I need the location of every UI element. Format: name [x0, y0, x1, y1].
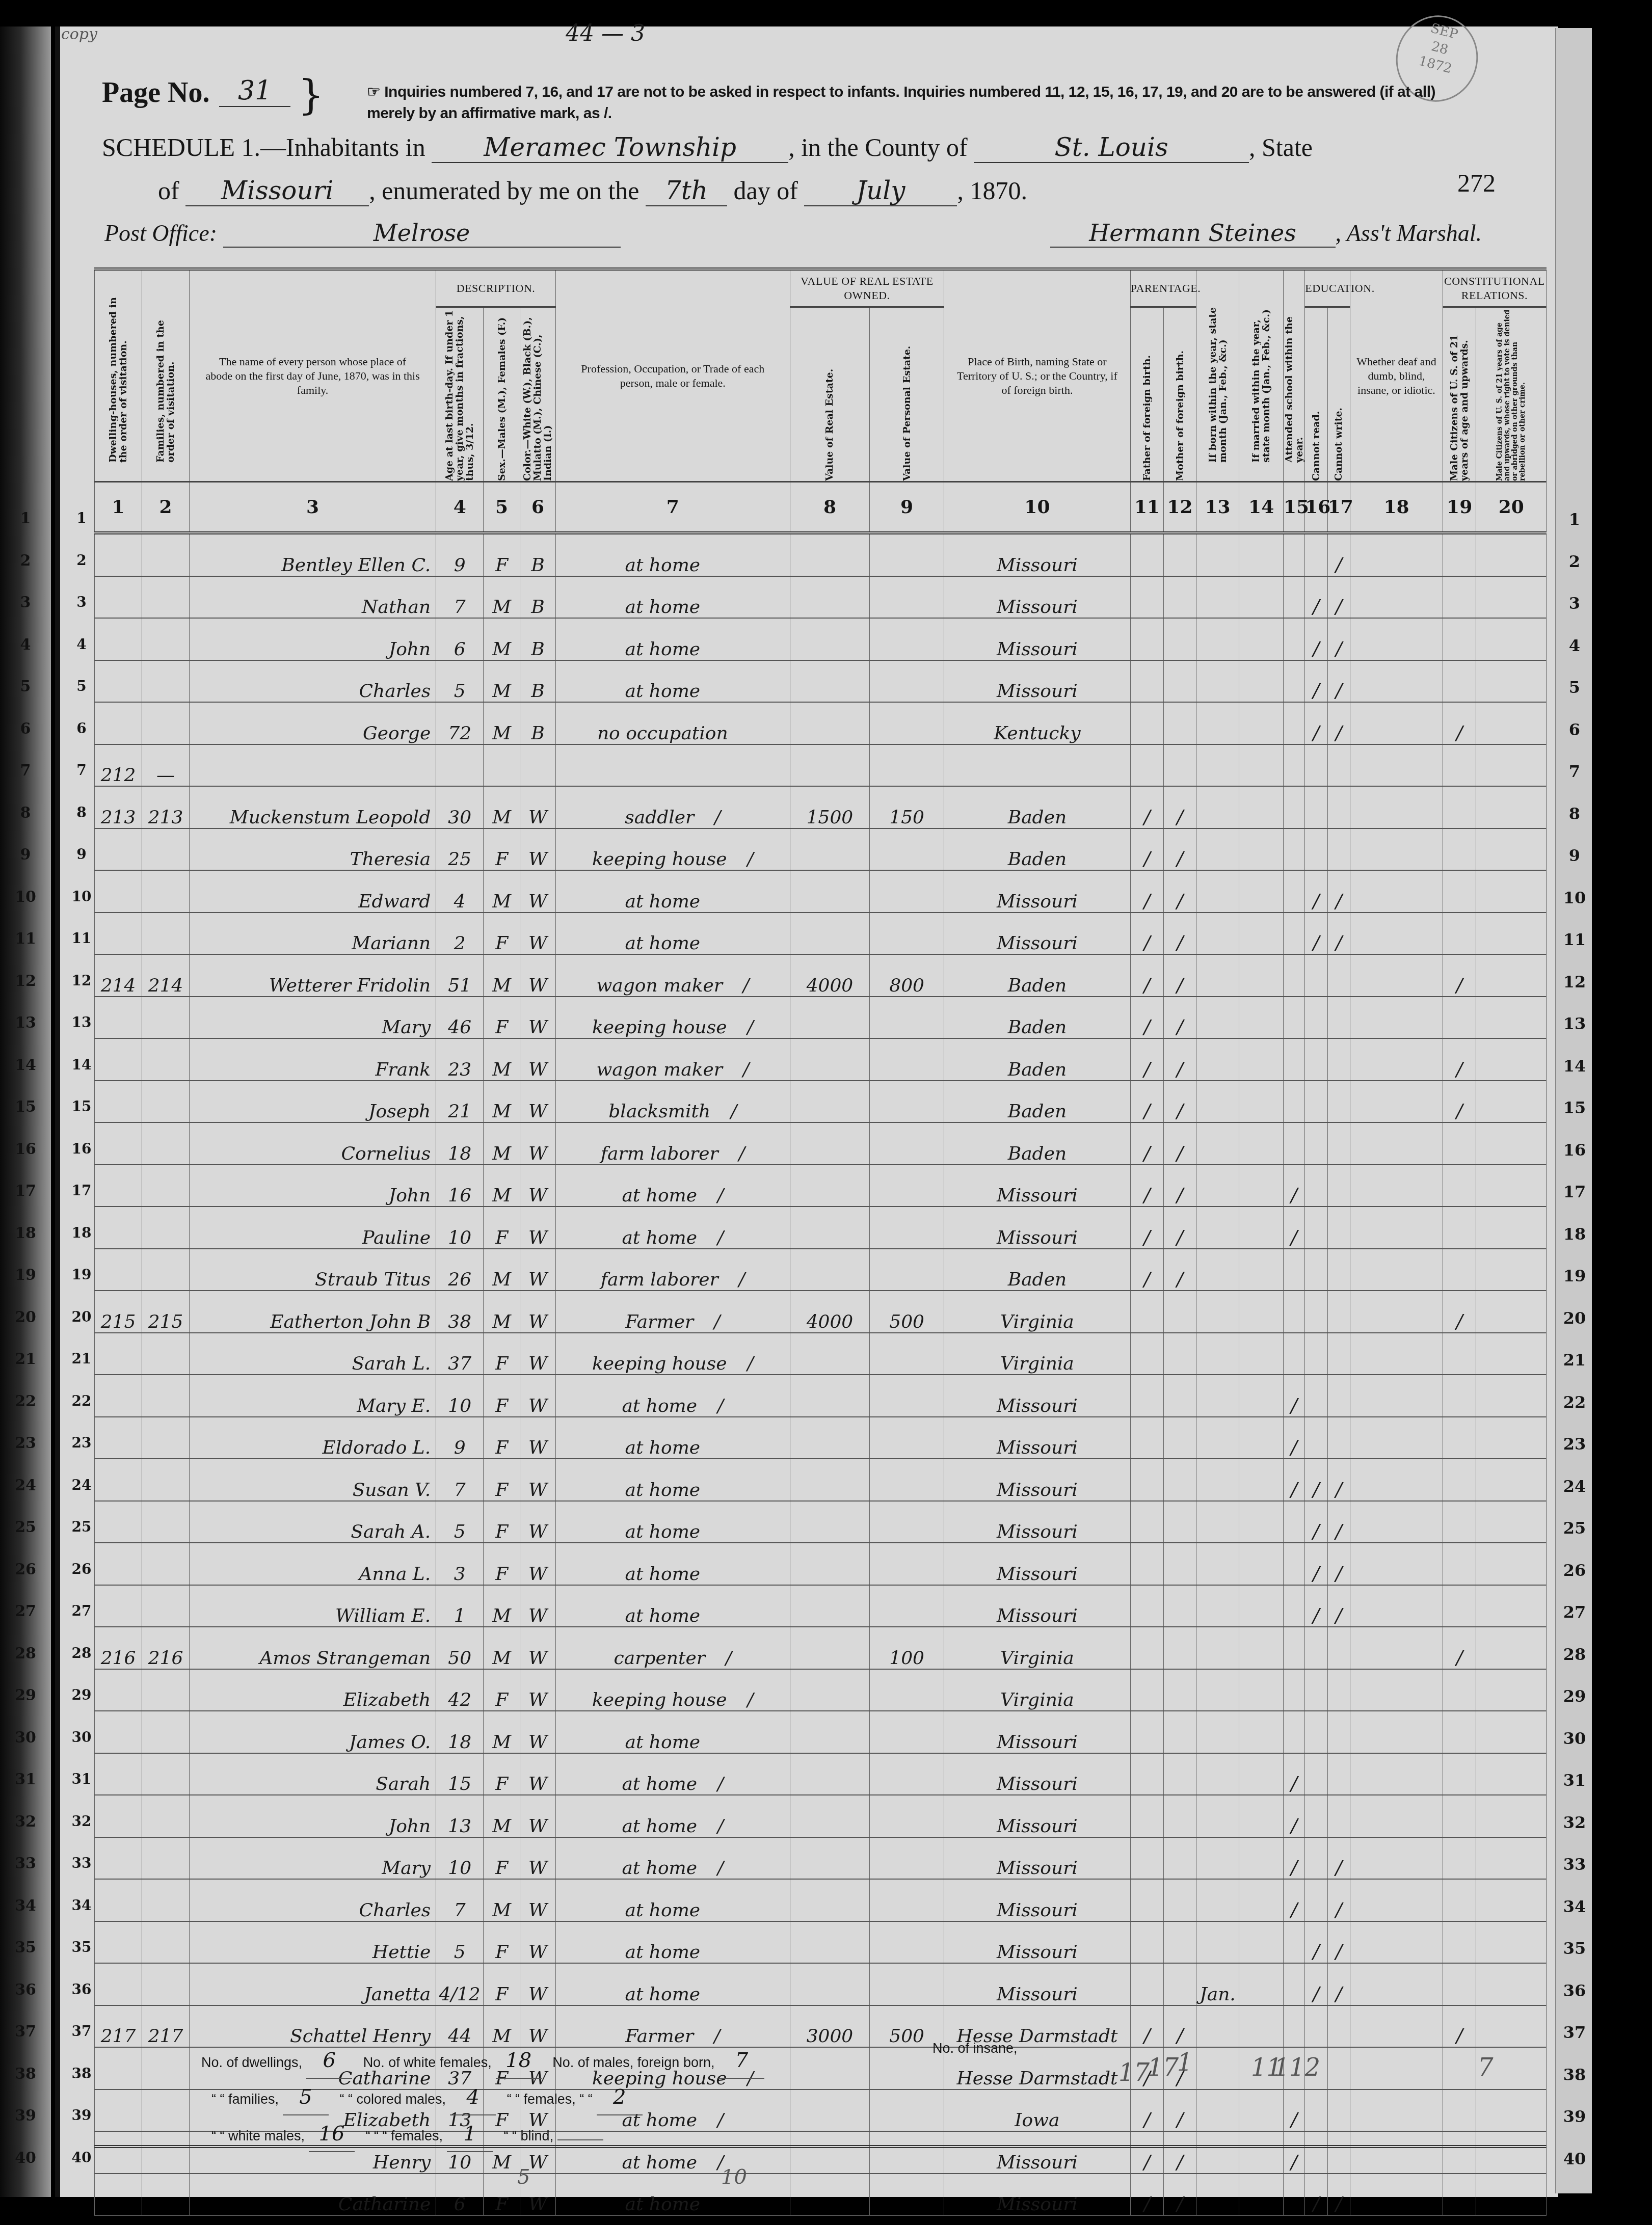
vote-denied-mark: [1476, 1963, 1547, 2005]
vote-denied-mark: [1476, 870, 1547, 913]
occupation-text: at home: [622, 1774, 697, 1794]
vote-denied-mark: [1476, 1585, 1547, 1627]
instructions-line-1: Inquiries numbered 7, 16, and 17 are not…: [384, 84, 1435, 100]
header-value-personal: Value of Personal Estate.: [870, 307, 944, 482]
real-estate-value: [790, 2131, 869, 2174]
deaf-dumb-blind: [1350, 828, 1443, 871]
male-citizen-mark: [1443, 1753, 1476, 1795]
dwelling-number: [95, 1501, 142, 1543]
color: W: [520, 1249, 556, 1291]
binding-line-number: 30: [5, 1729, 46, 1747]
occupation-check-mark: /: [747, 1017, 753, 1038]
real-estate-value: [790, 1165, 869, 1207]
table-row: 212—: [95, 744, 1547, 787]
cannot-read-mark: [1305, 2089, 1327, 2132]
birth-month: [1196, 1501, 1239, 1543]
colored-females-label: “ “ “ females,: [366, 2128, 443, 2143]
cannot-write-mark: [1327, 2089, 1350, 2132]
male-citizen-mark: [1443, 2089, 1476, 2132]
cannot-write-mark: /: [1327, 1459, 1350, 1501]
birthplace: Baden: [944, 1081, 1131, 1123]
personal-estate-value: [870, 1417, 944, 1459]
color: B: [520, 660, 556, 703]
occupation-text: farm laborer: [601, 1143, 718, 1164]
color: W: [520, 1501, 556, 1543]
cannot-read-mark: /: [1305, 618, 1327, 660]
line-number: 38: [71, 2065, 92, 2082]
occupation-text: saddler: [625, 807, 694, 828]
male-citizen-mark: /: [1443, 1627, 1476, 1669]
age: 7: [436, 1459, 484, 1501]
real-estate-value: 3000: [790, 2005, 869, 2048]
post-office-label: Post Office:: [104, 220, 217, 246]
deaf-dumb-blind: [1350, 744, 1443, 787]
column-number: 19: [1443, 482, 1476, 533]
occupation-check-mark: /: [747, 1353, 753, 1374]
vote-denied-mark: [1476, 1669, 1547, 1711]
birth-month: [1196, 1879, 1239, 1921]
occupation-check-mark: /: [743, 1059, 749, 1080]
binding-line-number: 17: [5, 1182, 46, 1200]
line-number: 26: [71, 1561, 92, 1577]
marriage-month: [1239, 618, 1284, 660]
mother-foreign-mark: [1164, 1333, 1196, 1375]
school-mark: [1283, 618, 1304, 660]
occupation: at home: [555, 1711, 790, 1753]
birth-month: [1196, 2174, 1239, 2216]
binding-line-number: 31: [5, 1771, 46, 1788]
age: 18: [436, 1711, 484, 1753]
mother-foreign-mark: /: [1164, 913, 1196, 955]
birthplace: Missouri: [944, 1501, 1131, 1543]
dwelling-number: [95, 1122, 142, 1165]
line-number: 19: [71, 1266, 92, 1283]
school-mark: /: [1283, 1417, 1304, 1459]
cannot-write-mark: [1327, 1669, 1350, 1711]
table-row: 216216Amos Strangeman50MWcarpenter/100Vi…: [95, 1627, 1547, 1669]
age: 6: [436, 618, 484, 660]
marriage-month: [1239, 1501, 1284, 1543]
occupation-text: at home: [625, 1942, 700, 1963]
person-name: William E.: [190, 1585, 436, 1627]
vote-denied-mark: [1476, 618, 1547, 660]
column-number: 2: [142, 482, 190, 533]
occupation-text: carpenter: [614, 1648, 705, 1669]
line-number: 37: [1559, 2023, 1590, 2042]
mother-foreign-mark: /: [1164, 786, 1196, 828]
cannot-read-mark: [1305, 1291, 1327, 1333]
occupation: farm laborer/: [555, 1249, 790, 1291]
birth-month: [1196, 1585, 1239, 1627]
header-description: DESCRIPTION.: [436, 269, 556, 307]
header-occupation: Profession, Occupation, or Trade of each…: [555, 269, 790, 482]
person-name: Muckenstum Leopold: [190, 786, 436, 828]
person-name: Sarah: [190, 1753, 436, 1795]
occupation: no occupation: [555, 702, 790, 744]
deaf-dumb-blind: [1350, 1459, 1443, 1501]
personal-estate-value: 800: [870, 954, 944, 997]
header-mother-foreign: Mother of foreign birth.: [1164, 307, 1196, 482]
binding-line-number: 34: [5, 1897, 46, 1915]
binding-line-number: 32: [5, 1813, 46, 1831]
dwelling-number: [95, 533, 142, 576]
cannot-read-mark: [1305, 1669, 1327, 1711]
deaf-dumb-blind: [1350, 2131, 1443, 2174]
family-number: [142, 1543, 190, 1585]
occupation-check-mark: /: [717, 1185, 724, 1206]
family-number: [142, 618, 190, 660]
occupation: keeping house/: [555, 997, 790, 1039]
male-citizen-mark: [1443, 1375, 1476, 1417]
dwelling-number: [95, 1795, 142, 1837]
male-citizen-mark: [1443, 576, 1476, 619]
line-number: 32: [1559, 1813, 1590, 1832]
person-name: Mary: [190, 997, 436, 1039]
real-estate-value: [790, 1627, 869, 1669]
column-number: 8: [790, 482, 869, 533]
age: 5: [436, 1501, 484, 1543]
cannot-read-mark: [1305, 1122, 1327, 1165]
age: [436, 744, 484, 787]
column-number: 12: [1164, 482, 1196, 533]
marriage-month: [1239, 1038, 1284, 1081]
school-mark: [1283, 1501, 1304, 1543]
dwelling-number: [95, 1585, 142, 1627]
family-number: —: [142, 744, 190, 787]
vote-denied-mark: [1476, 2005, 1547, 2048]
line-number: 26: [1559, 1561, 1590, 1580]
male-citizen-mark: [1443, 1122, 1476, 1165]
dwelling-number: 215: [95, 1291, 142, 1333]
deaf-dumb-blind: [1350, 2047, 1443, 2089]
deaf-dumb-blind: [1350, 2174, 1443, 2216]
personal-estate-value: 150: [870, 786, 944, 828]
sex: [484, 744, 520, 787]
cannot-read-mark: [1305, 828, 1327, 871]
personal-estate-value: [870, 997, 944, 1039]
county-label: , in the County of: [788, 133, 967, 162]
father-foreign-mark: /: [1130, 1165, 1164, 1207]
father-foreign-mark: [1130, 1585, 1164, 1627]
cannot-read-mark: [1305, 1753, 1327, 1795]
person-name: George: [190, 702, 436, 744]
mother-foreign-mark: /: [1164, 828, 1196, 871]
cannot-read-mark: [1305, 1207, 1327, 1249]
cannot-write-mark: /: [1327, 1921, 1350, 1964]
real-estate-value: [790, 1207, 869, 1249]
real-estate-value: 1500: [790, 786, 869, 828]
cannot-read-mark: [1305, 1627, 1327, 1669]
birth-month: [1196, 1753, 1239, 1795]
line-number: 8: [71, 804, 92, 821]
table-body: Bentley Ellen C.9FBat homeMissouri/Natha…: [95, 533, 1547, 2215]
birth-month: [1196, 1711, 1239, 1753]
line-number: 40: [71, 2149, 92, 2166]
occupation-text: keeping house: [592, 1017, 727, 1038]
color: B: [520, 576, 556, 619]
age: 10: [436, 1207, 484, 1249]
cannot-write-mark: /: [1327, 1879, 1350, 1921]
tally-col13: 1: [1177, 2048, 1193, 2077]
table-row: Mary46FWkeeping house/Baden//: [95, 997, 1547, 1039]
post-office-field: Melrose: [223, 219, 621, 248]
color: W: [520, 1375, 556, 1417]
mother-foreign-mark: /: [1164, 2005, 1196, 2048]
sex: F: [484, 1375, 520, 1417]
header-sex: Sex.—Males (M.), Females (F.): [484, 307, 520, 482]
person-name: Elizabeth: [190, 1669, 436, 1711]
marriage-month: [1239, 1333, 1284, 1375]
column-number: 6: [520, 482, 556, 533]
school-mark: [1283, 1038, 1304, 1081]
binding-line-number: 23: [5, 1434, 46, 1452]
occupation: at home: [555, 1543, 790, 1585]
male-citizen-mark: [1443, 2174, 1476, 2216]
occupation-check-mark: /: [739, 1143, 745, 1164]
marriage-month: [1239, 1165, 1284, 1207]
marriage-month: [1239, 660, 1284, 703]
vote-denied-mark: [1476, 997, 1547, 1039]
line-number: 35: [1559, 1939, 1590, 1958]
male-citizen-mark: [1443, 1207, 1476, 1249]
cannot-write-mark: [1327, 1165, 1350, 1207]
deaf-dumb-blind: [1350, 1669, 1443, 1711]
school-mark: /: [1283, 1879, 1304, 1921]
cannot-write-mark: [1327, 1711, 1350, 1753]
birth-month: [1196, 1249, 1239, 1291]
age: 3: [436, 1543, 484, 1585]
marriage-month: [1239, 1627, 1284, 1669]
cannot-write-mark: [1327, 2131, 1350, 2174]
binding-line-number: 25: [5, 1518, 46, 1536]
occupation: keeping house/: [555, 828, 790, 871]
cannot-read-mark: /: [1305, 1921, 1327, 1964]
mother-foreign-mark: [1164, 1669, 1196, 1711]
color: W: [520, 954, 556, 997]
personal-estate-value: [870, 1585, 944, 1627]
table-row: 213213Muckenstum Leopold30MWsaddler/1500…: [95, 786, 1547, 828]
deaf-dumb-blind: [1350, 2005, 1443, 2048]
line-number: 29: [71, 1686, 92, 1703]
birth-month: [1196, 1795, 1239, 1837]
family-number: [142, 1081, 190, 1123]
color: W: [520, 1921, 556, 1964]
binding-line-number: 26: [5, 1561, 46, 1578]
line-number: 23: [1559, 1434, 1590, 1454]
person-name: John: [190, 1165, 436, 1207]
line-number: 28: [71, 1645, 92, 1661]
person-name: Charles: [190, 660, 436, 703]
color: W: [520, 1038, 556, 1081]
school-mark: [1283, 997, 1304, 1039]
age: 16: [436, 1165, 484, 1207]
deaf-dumb-blind: [1350, 1837, 1443, 1880]
real-estate-value: [790, 2174, 869, 2216]
male-citizen-mark: [1443, 1165, 1476, 1207]
birthplace: Baden: [944, 954, 1131, 997]
colored-males-count: 4: [450, 2080, 496, 2115]
state-label: , State: [1249, 133, 1313, 162]
male-citizen-mark: [1443, 1921, 1476, 1964]
real-estate-value: [790, 828, 869, 871]
occupation: keeping house/: [555, 1333, 790, 1375]
personal-estate-value: 100: [870, 1627, 944, 1669]
birth-month: [1196, 660, 1239, 703]
cannot-read-mark: [1305, 1879, 1327, 1921]
marriage-month: [1239, 1207, 1284, 1249]
tally-col16: 1: [1274, 2053, 1290, 2082]
line-number: 21: [71, 1350, 92, 1367]
male-citizen-mark: [1443, 1795, 1476, 1837]
line-number: 33: [1559, 1855, 1590, 1874]
family-number: 216: [142, 1627, 190, 1669]
occupation-check-mark: /: [717, 1396, 724, 1416]
cannot-write-mark: [1327, 1753, 1350, 1795]
father-foreign-mark: [1130, 1711, 1164, 1753]
vote-denied-mark: [1476, 1837, 1547, 1880]
father-foreign-mark: [1130, 1501, 1164, 1543]
real-estate-value: 4000: [790, 954, 869, 997]
occupation-text: no occupation: [597, 723, 728, 744]
line-number: 22: [1559, 1392, 1590, 1412]
line-number: 10: [71, 888, 92, 905]
dwelling-number: [95, 1753, 142, 1795]
line-number: 28: [1559, 1645, 1590, 1664]
real-estate-value: [790, 1543, 869, 1585]
line-number: 15: [1559, 1098, 1590, 1117]
real-estate-value: [790, 1081, 869, 1123]
father-foreign-mark: [1130, 1459, 1164, 1501]
family-number: [142, 1333, 190, 1375]
sex: F: [484, 1543, 520, 1585]
school-mark: [1283, 954, 1304, 997]
sex: M: [484, 1122, 520, 1165]
table-row: Hettie5FWat homeMissouri//: [95, 1921, 1547, 1964]
occupation: at home/: [555, 1375, 790, 1417]
instructions: ☞ Inquiries numbered 7, 16, and 17 are n…: [367, 82, 1559, 124]
cannot-read-mark: [1305, 1417, 1327, 1459]
male-citizen-mark: /: [1443, 1291, 1476, 1333]
birthplace: Missouri: [944, 1711, 1131, 1753]
birth-month: [1196, 1921, 1239, 1964]
vote-denied-mark: [1476, 533, 1547, 576]
birthplace: Missouri: [944, 1795, 1131, 1837]
color: W: [520, 2005, 556, 2048]
binding-line-number: 14: [5, 1056, 46, 1074]
occupation-text: farm laborer: [601, 1269, 718, 1290]
occupation-text: keeping house: [592, 849, 727, 870]
dwelling-number: 217: [95, 2005, 142, 2048]
vote-denied-mark: [1476, 786, 1547, 828]
sex: M: [484, 1038, 520, 1081]
marriage-month: [1239, 913, 1284, 955]
marriage-month: [1239, 1291, 1284, 1333]
white-females-count: 18: [496, 2043, 542, 2079]
person-name: [190, 744, 436, 787]
birth-month: [1196, 618, 1239, 660]
line-number: 33: [71, 1855, 92, 1871]
family-number: [142, 1711, 190, 1753]
dwelling-number: 212: [95, 744, 142, 787]
male-citizen-mark: [1443, 1333, 1476, 1375]
birthplace: Baden: [944, 828, 1131, 871]
deaf-dumb-blind: [1350, 870, 1443, 913]
age: 5: [436, 660, 484, 703]
month-field: July: [804, 176, 957, 206]
deaf-dumb-blind: [1350, 618, 1443, 660]
line-number: 15: [71, 1098, 92, 1115]
color: B: [520, 618, 556, 660]
line-number: 2: [1559, 552, 1590, 571]
header-male-citizens: Male Citizens of U. S. of 21 years of ag…: [1443, 307, 1476, 482]
mother-foreign-mark: [1164, 744, 1196, 787]
birthplace: Missouri: [944, 1585, 1131, 1627]
occupation: at home/: [555, 1165, 790, 1207]
vote-denied-mark: [1476, 1207, 1547, 1249]
cannot-write-mark: [1327, 1795, 1350, 1837]
occupation: at home: [555, 533, 790, 576]
cannot-read-mark: /: [1305, 660, 1327, 703]
school-mark: [1283, 1669, 1304, 1711]
foreign-males-label: No. of males, foreign born,: [552, 2055, 714, 2070]
year-label: , 1870.: [957, 176, 1027, 205]
header-real-estate: VALUE OF REAL ESTATE OWNED.: [790, 269, 944, 307]
cannot-read-mark: /: [1305, 1459, 1327, 1501]
binding-line-number: 4: [5, 636, 46, 654]
person-name: Hettie: [190, 1921, 436, 1964]
cannot-write-mark: /: [1327, 1543, 1350, 1585]
marriage-month: [1239, 2089, 1284, 2132]
mother-foreign-mark: [1164, 1879, 1196, 1921]
line-number: 4: [71, 636, 92, 653]
cannot-write-mark: [1327, 1038, 1350, 1081]
occupation-text: at home: [625, 1984, 700, 2005]
father-foreign-mark: [1130, 1963, 1164, 2005]
age: 51: [436, 954, 484, 997]
line-number: 30: [71, 1729, 92, 1746]
cannot-write-mark: /: [1327, 660, 1350, 703]
footer-note-right: 10: [721, 2165, 747, 2189]
occupation-text: at home: [625, 1564, 700, 1585]
color: W: [520, 1543, 556, 1585]
color: W: [520, 1081, 556, 1123]
father-foreign-mark: /: [1130, 2131, 1164, 2174]
birthplace: Missouri: [944, 1879, 1131, 1921]
family-number: [142, 1165, 190, 1207]
cannot-write-mark: /: [1327, 2174, 1350, 2216]
table-row: Catharine6FWat homeMissouri////: [95, 2174, 1547, 2216]
page-summary: No. of dwellings,6 No. of white females,…: [201, 2043, 771, 2153]
brace: }: [298, 71, 324, 119]
deaf-dumb-blind: [1350, 1795, 1443, 1837]
census-table: Dwelling-houses, numbered in the order o…: [94, 267, 1547, 2216]
family-number: [142, 1753, 190, 1795]
personal-estate-value: [870, 1711, 944, 1753]
family-number: [142, 1501, 190, 1543]
white-females-label: No. of white females,: [363, 2055, 492, 2070]
color: W: [520, 1417, 556, 1459]
occupation-text: keeping house: [592, 1353, 727, 1374]
real-estate-value: [790, 997, 869, 1039]
marriage-month: [1239, 786, 1284, 828]
cannot-write-mark: [1327, 2047, 1350, 2089]
cannot-read-mark: /: [1305, 1963, 1327, 2005]
deaf-dumb-blind: [1350, 1291, 1443, 1333]
family-number: [142, 1122, 190, 1165]
occupation: at home: [555, 1879, 790, 1921]
birth-month: [1196, 1038, 1239, 1081]
birth-month: [1196, 786, 1239, 828]
